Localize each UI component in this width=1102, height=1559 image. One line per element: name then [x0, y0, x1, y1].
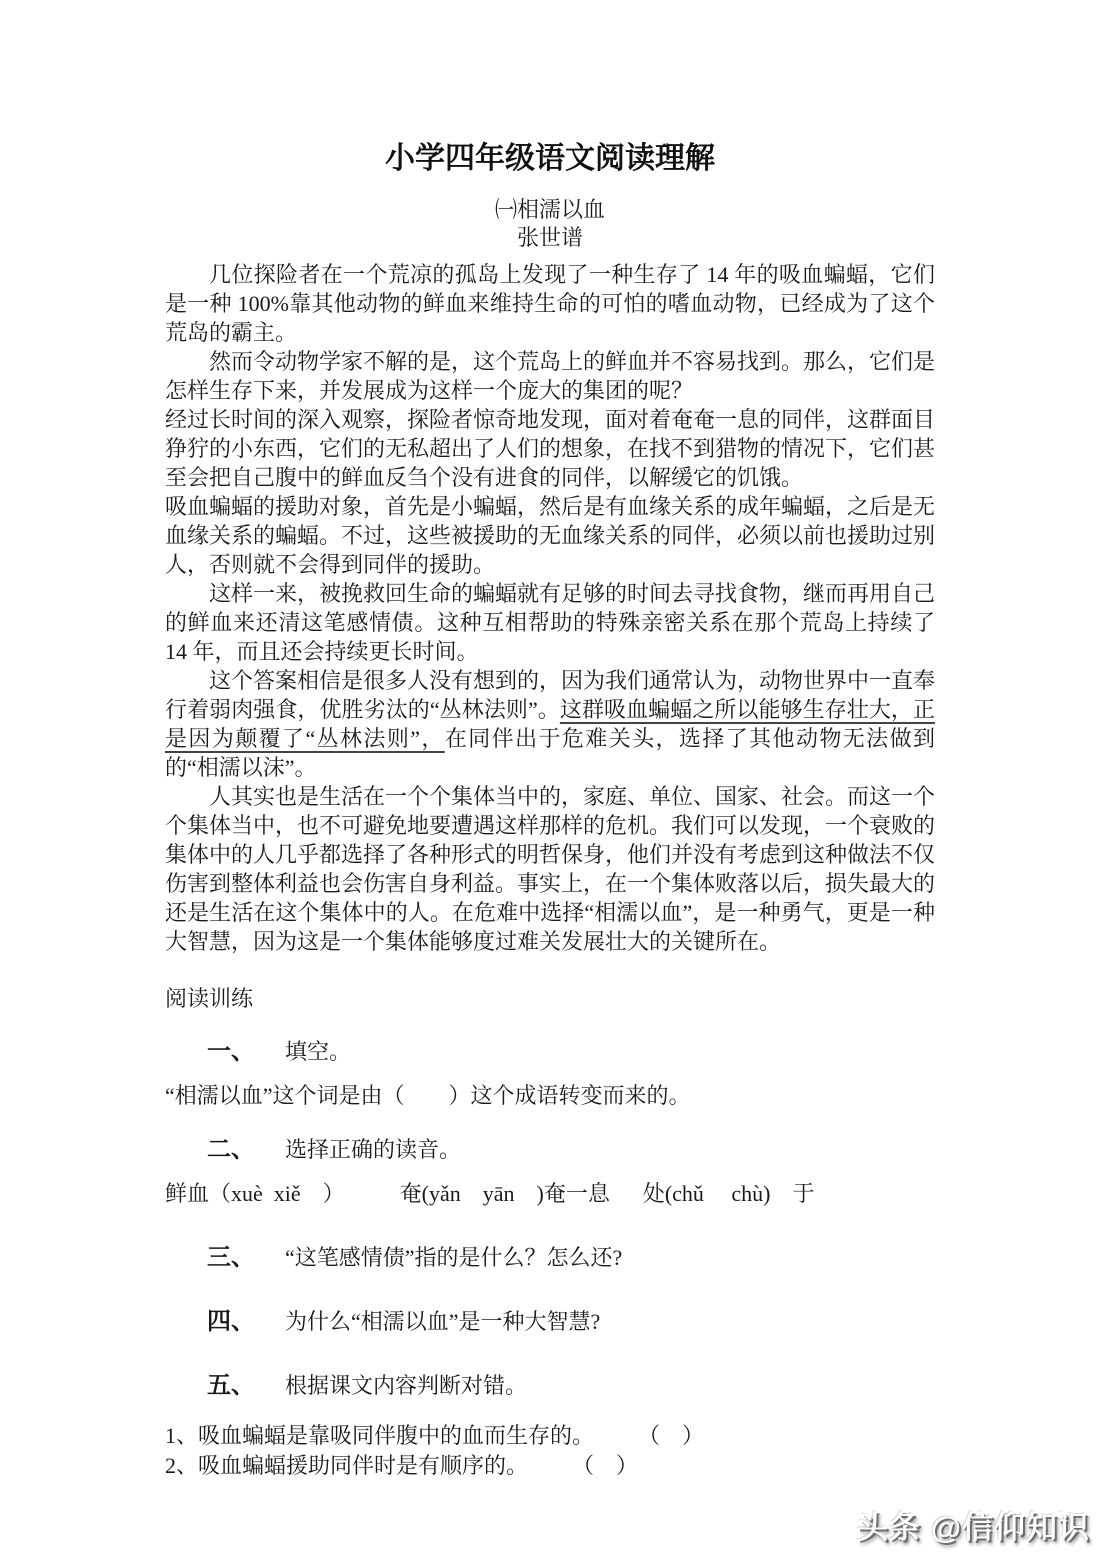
question-1-fill-blank-line: “相濡以血”这个词是由（ ）这个成语转变而来的。: [165, 1081, 935, 1111]
training-heading: 阅读训练: [165, 984, 935, 1013]
question-3-number: 三、: [207, 1243, 255, 1273]
question-4-heading: 四、 为什么“相濡以血”是一种大智慧?: [165, 1307, 935, 1337]
question-1-heading: 一、 填空。: [165, 1037, 935, 1067]
article-body: 几位探险者在一个荒凉的孤岛上发现了一种生存了 14 年的吸血蝙蝠，它们是一种 1…: [165, 260, 935, 956]
question-5-text: 根据课文内容判断对错。: [285, 1371, 527, 1401]
document-page: 小学四年级语文阅读理解 ㈠相濡以血 张世谱 几位探险者在一个荒凉的孤岛上发现了一…: [0, 0, 1102, 1559]
question-5-heading: 五、 根据课文内容判断对错。: [165, 1371, 935, 1401]
question-1-number: 一、: [207, 1037, 255, 1067]
paragraph-3: 经过长时间的深入观察，探险者惊奇地发现，面对着奄奄一息的同伴，这群面目狰狞的小东…: [165, 405, 935, 492]
question-1-text: 填空。: [285, 1037, 351, 1067]
document-content: 小学四年级语文阅读理解 ㈠相濡以血 张世谱 几位探险者在一个荒凉的孤岛上发现了一…: [165, 142, 935, 1481]
paragraph-6: 这个答案相信是很多人没有想到的，因为我们通常认为，动物世界中一直奉行着弱肉强食，…: [165, 666, 935, 782]
question-3-text: “这笔感情债”指的是什么？怎么还?: [285, 1243, 622, 1273]
question-5-number: 五、: [207, 1371, 255, 1401]
question-4-number: 四、: [207, 1307, 255, 1337]
true-false-item-2: 2、吸血蝙蝠援助同伴时是有顺序的。 （ ）: [165, 1451, 935, 1481]
article-author: 张世谱: [165, 224, 935, 252]
paragraph-1: 几位探险者在一个荒凉的孤岛上发现了一种生存了 14 年的吸血蝙蝠，它们是一种 1…: [165, 260, 935, 347]
question-4-text: 为什么“相濡以血”是一种大智慧?: [285, 1307, 600, 1337]
question-3-heading: 三、 “这笔感情债”指的是什么？怎么还?: [165, 1243, 935, 1273]
watermark: 头条 @信仰知识: [857, 1502, 1090, 1547]
question-2-heading: 二、 选择正确的读音。: [165, 1135, 935, 1165]
article-subtitle: ㈠相濡以血: [165, 196, 935, 224]
question-2-number: 二、: [207, 1135, 255, 1165]
question-2-pinyin-line: 鲜血（xuè xiě ） 奄(yǎn yān )奄一息 处(chǔ chù) 于: [165, 1179, 935, 1209]
paragraph-2: 然而令动物学家不解的是，这个荒岛上的鲜血并不容易找到。那么，它们是怎样生存下来，…: [165, 347, 935, 405]
question-2-text: 选择正确的读音。: [285, 1135, 461, 1165]
paragraph-7: 人其实也是生活在一个个集体当中的，家庭、单位、国家、社会。而这一个个集体当中，也…: [165, 782, 935, 956]
paragraph-5: 这样一来，被挽救回生命的蝙蝠就有足够的时间去寻找食物，继而再用自己的鲜血来还清这…: [165, 579, 935, 666]
page-title: 小学四年级语文阅读理解: [165, 142, 935, 176]
true-false-item-1: 1、吸血蝙蝠是靠吸同伴腹中的血而生存的。 （ ）: [165, 1421, 935, 1451]
paragraph-4: 吸血蝙蝠的援助对象，首先是小蝙蝠，然后是有血缘关系的成年蝙蝠，之后是无血缘关系的…: [165, 492, 935, 579]
true-false-items: 1、吸血蝙蝠是靠吸同伴腹中的血而生存的。 （ ） 2、吸血蝙蝠援助同伴时是有顺序…: [165, 1421, 935, 1481]
